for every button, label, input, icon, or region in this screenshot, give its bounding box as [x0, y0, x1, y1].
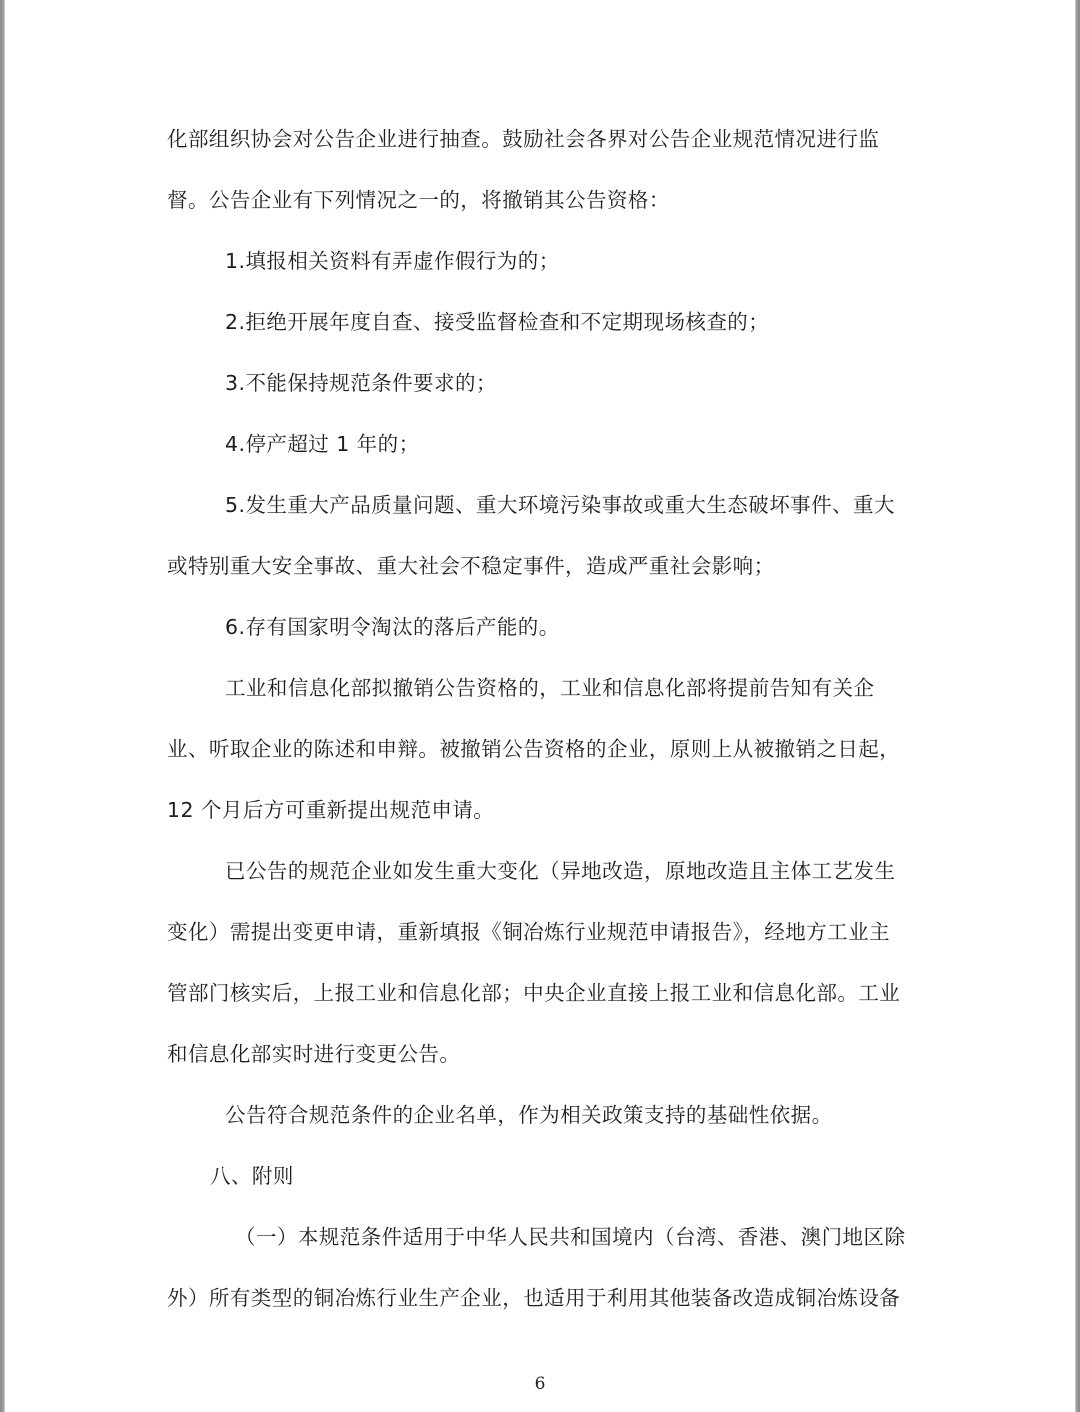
list-item: 4.停产超过 1 年的； [167, 424, 923, 485]
paragraph-start: 工业和信息化部拟撤销公告资格的，工业和信息化部将提前告知有关企 [167, 668, 923, 729]
clause-start: （一）本规范条件适用于中华人民共和国境内（台湾、香港、澳门地区除 [167, 1217, 923, 1278]
text-line: 外）所有类型的铜冶炼行业生产企业，也适用于利用其他装备改造成铜冶炼设备 [167, 1278, 923, 1339]
text-line: 变化）需提出变更申请，重新填报《铜冶炼行业规范申请报告》，经地方工业主 [167, 912, 923, 973]
text-line: 12 个月后方可重新提出规范申请。 [167, 790, 923, 851]
text-line: 业、听取企业的陈述和申辩。被撤销公告资格的企业，原则上从被撤销之日起， [167, 729, 923, 790]
list-item: 1.填报相关资料有弄虚作假行为的； [167, 241, 923, 302]
paragraph-start: 公告符合规范条件的企业名单，作为相关政策支持的基础性依据。 [167, 1095, 923, 1156]
document-viewer: 化部组织协会对公告企业进行抽查。鼓励社会各界对公告企业规范情况进行监 督。公告企… [0, 0, 1080, 1412]
document-page[interactable]: 化部组织协会对公告企业进行抽查。鼓励社会各界对公告企业规范情况进行监 督。公告企… [5, 0, 1075, 1412]
page-body-text: 化部组织协会对公告企业进行抽查。鼓励社会各界对公告企业规范情况进行监 督。公告企… [167, 119, 923, 1339]
list-item: 3.不能保持规范条件要求的； [167, 363, 923, 424]
page-number: 6 [5, 1374, 1075, 1394]
text-line: 管部门核实后，上报工业和信息化部；中央企业直接上报工业和信息化部。工业 [167, 973, 923, 1034]
text-line: 或特别重大安全事故、重大社会不稳定事件，造成严重社会影响； [167, 546, 923, 607]
page-edge-right [1075, 0, 1080, 1412]
text-line: 督。公告企业有下列情况之一的，将撤销其公告资格： [167, 180, 923, 241]
list-item: 5.发生重大产品质量问题、重大环境污染事故或重大生态破坏事件、重大 [167, 485, 923, 546]
list-item: 6.存有国家明令淘汰的落后产能的。 [167, 607, 923, 668]
list-item: 2.拒绝开展年度自查、接受监督检查和不定期现场核查的； [167, 302, 923, 363]
text-line: 化部组织协会对公告企业进行抽查。鼓励社会各界对公告企业规范情况进行监 [167, 119, 923, 180]
text-line: 和信息化部实时进行变更公告。 [167, 1034, 923, 1095]
paragraph-start: 已公告的规范企业如发生重大变化（异地改造，原地改造且主体工艺发生 [167, 851, 923, 912]
section-heading: 八、附则 [167, 1156, 923, 1217]
